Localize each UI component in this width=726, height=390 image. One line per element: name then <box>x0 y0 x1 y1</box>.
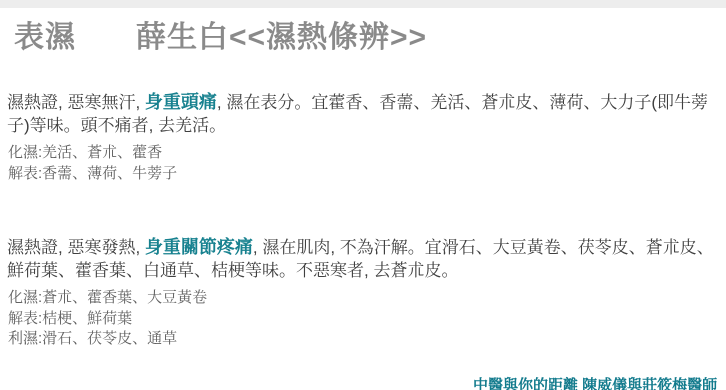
paragraph-surface-damp: 濕熱證, 惡寒無汗, 身重頭痛, 濕在表分。宜藿香、香薷、羌活、蒼朮皮、薄荷、大… <box>7 91 719 137</box>
herb-line-jiebiao-2: 解表:桔梗、鮮荷葉 <box>8 309 207 330</box>
slide-page: 表濕薛生白<<濕熱條辨>> 濕熱證, 惡寒無汗, 身重頭痛, 濕在表分。宜藿香、… <box>0 0 726 390</box>
title-topic: 表濕 <box>14 21 76 54</box>
herb-line-huashi-1: 化濕:羌活、蒼朮、藿香 <box>8 143 177 164</box>
channel-credit: 中醫與你的距離 陳威儀與莊筱梅醫師 <box>473 374 717 390</box>
paragraph-1-highlight: 身重頭痛 <box>145 92 217 112</box>
page-title: 表濕薛生白<<濕熱條辨>> <box>14 19 427 57</box>
herb-list-2: 化濕:蒼朮、藿香葉、大豆黃卷 解表:桔梗、鮮荷葉 利濕:滑石、茯苓皮、通草 <box>8 288 207 350</box>
paragraph-2-pre: 濕熱證, 惡寒發熱, <box>7 238 145 257</box>
paragraph-muscle-damp: 濕熱證, 惡寒發熱, 身重關節疼痛, 濕在肌肉, 不為汗解。宜滑石、大豆黃卷、茯… <box>7 236 719 282</box>
top-strip <box>0 0 726 8</box>
paragraph-2-highlight: 身重關節疼痛 <box>145 237 253 257</box>
title-source: 薛生白<<濕熱條辨>> <box>136 21 427 54</box>
herb-line-jiebiao-1: 解表:香薷、薄荷、牛蒡子 <box>8 164 177 185</box>
paragraph-1-pre: 濕熱證, 惡寒無汗, <box>7 93 145 112</box>
herb-line-huashi-2: 化濕:蒼朮、藿香葉、大豆黃卷 <box>8 288 207 309</box>
herb-list-1: 化濕:羌活、蒼朮、藿香 解表:香薷、薄荷、牛蒡子 <box>8 143 177 184</box>
herb-line-lishi-2: 利濕:滑石、茯苓皮、通草 <box>8 329 207 350</box>
